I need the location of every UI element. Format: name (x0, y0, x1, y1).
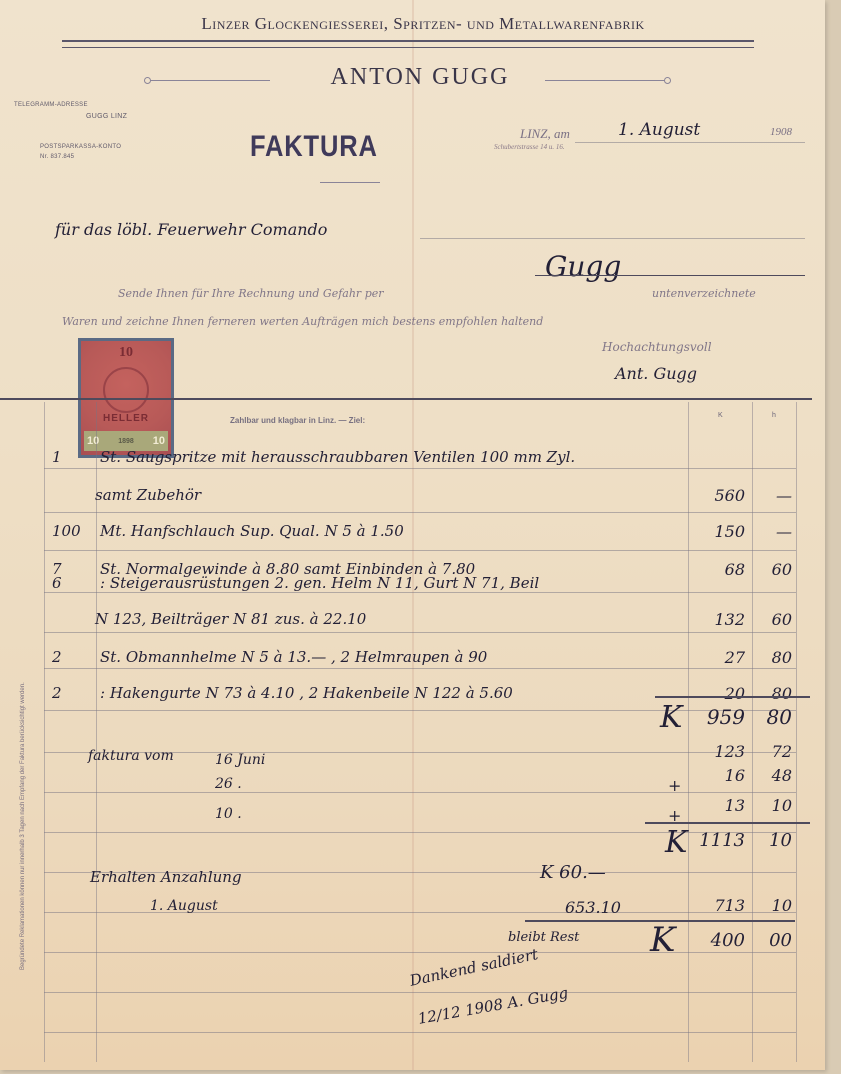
prior-invoice-date: 10 . (215, 806, 242, 822)
item-description: samt Zubehör (95, 486, 201, 504)
ornament-dot-right (664, 77, 671, 84)
ruled-line (44, 1032, 796, 1033)
sender-signature: Ant. Gugg (615, 364, 697, 383)
item-amount-k: 560 (690, 486, 745, 505)
company-line: Linzer Glockengiesserei, Spritzen- und M… (88, 14, 758, 34)
paid-date-signature: 12/12 1908 A. Gugg (416, 984, 569, 1028)
item-amount-k: 132 (690, 610, 745, 629)
item-amount-k: 68 (690, 560, 745, 579)
ruled-line (44, 632, 796, 633)
remaining-k: 400 (690, 930, 745, 951)
prior-invoice-h: 72 (752, 742, 792, 761)
title-ornament (320, 182, 380, 183)
item-qty: 2 (52, 684, 62, 702)
item-amount-k: 20 (690, 684, 745, 703)
total-k: 1113 (690, 830, 745, 851)
subtotal-currency: K (660, 700, 682, 735)
postsparkassa-label: POSTSPARKASSA-KONTO (40, 144, 121, 150)
ruled-line (44, 792, 796, 793)
item-qty: 6 (52, 574, 62, 592)
item-qty: 100 (52, 522, 81, 540)
currency-h-header: h (772, 412, 776, 419)
header-double-rule (62, 40, 754, 48)
item-amount-h: 60 (752, 610, 792, 629)
k-column-line (688, 402, 689, 1062)
ruled-line (44, 992, 796, 993)
intro-line-1b: untenverzeichnete (652, 287, 756, 300)
item-description: St. Saugspritze mit herausschraubbaren V… (100, 448, 575, 466)
firm-name: ANTON GUGG (280, 64, 560, 91)
item-description: N 123, Beilträger N 81 zus. à 22.10 (95, 610, 366, 628)
street-address: Schubertstrasse 14 u. 16. (494, 143, 565, 151)
payments-sum-k: 713 (690, 896, 745, 915)
intro-line-2: Waren und zeichne Ihnen ferneren werten … (62, 315, 543, 328)
invoice-date: 1. August (618, 120, 700, 140)
ornament-left (150, 80, 270, 81)
right-column-line (796, 402, 797, 1062)
subtotal-rule (655, 696, 810, 698)
item-amount-h: 60 (752, 560, 792, 579)
item-description: : Hakengurte N 73 à 4.10 , 2 Hakenbeile … (100, 684, 513, 702)
recipient-line-2 (535, 275, 805, 276)
payments-sum-h: 10 (752, 896, 792, 915)
total-currency: K (665, 825, 687, 860)
item-description: : Steigerausrüstungen 2. gen. Helm N 11,… (100, 574, 539, 592)
margin-line (44, 402, 45, 1062)
currency-k-header: K (718, 412, 723, 419)
item-amount-h: — (752, 486, 792, 505)
subtotal-k: 959 (690, 705, 745, 729)
stamp-unit: HELLER (81, 413, 171, 424)
prior-invoices-label: faktura vom (88, 748, 174, 764)
ruled-line (44, 592, 796, 593)
remaining-h: 00 (752, 930, 792, 951)
prior-invoice-h: 48 (752, 766, 792, 785)
ruled-line (44, 710, 796, 711)
item-amount-k: 150 (690, 522, 745, 541)
total-h: 10 (752, 830, 792, 851)
stamp-crest-icon (103, 367, 149, 413)
item-qty: 2 (52, 648, 62, 666)
prior-invoice-k: 16 (690, 766, 745, 785)
stamp-value: 10 (81, 345, 171, 361)
place-prefix: LINZ, am (520, 126, 570, 142)
stamp-year: 1898 (118, 438, 134, 445)
terms-header: Zahlbar und klagbar in Linz. — Ziel: (230, 416, 365, 425)
ornament-right (545, 80, 665, 81)
fold-crease (412, 0, 414, 1070)
payment-1: K 60.— (540, 862, 606, 883)
item-description: St. Obmannhelme N 5 à 13.— , 2 Helmraupe… (100, 648, 487, 666)
closing: Hochachtungsvoll (602, 340, 712, 354)
recipient-line (420, 238, 805, 239)
prior-invoice-date: 26 . (215, 776, 242, 792)
ruled-line (44, 952, 796, 953)
payment-2: 653.10 (565, 898, 621, 917)
ruled-line (44, 668, 796, 669)
payment-label: Erhalten Anzahlung (90, 868, 242, 886)
prior-invoice-k: 13 (690, 796, 745, 815)
prior-invoice-k: 123 (690, 742, 745, 761)
signature-mark: Gugg (545, 250, 621, 283)
item-amount-h: — (752, 522, 792, 541)
subtotal-h: 80 (752, 705, 792, 729)
item-amount-k: 27 (690, 648, 745, 667)
invoice-year: 1908 (770, 126, 792, 138)
postsparkassa-value: Nr. 837.845 (40, 154, 74, 160)
remaining-label: bleibt Rest (508, 930, 579, 945)
stamp-corner-right: 10 (153, 435, 165, 447)
stamp-corner-left: 10 (87, 435, 99, 447)
ruled-line (44, 550, 796, 551)
table-top-rule (0, 398, 812, 400)
prior-invoice-date: 16 Juni (215, 752, 265, 768)
recipient: für das löbl. Feuerwehr Comando (55, 220, 327, 239)
payment-date: 1. August (150, 898, 218, 914)
ornament-dot-left (144, 77, 151, 84)
total-rule (645, 822, 810, 824)
intro-line-1a: Sende Ihnen für Ihre Rechnung und Gefahr… (118, 287, 384, 300)
prior-invoice-h: 10 (752, 796, 792, 815)
item-qty: 1 (52, 448, 62, 466)
item-amount-h: 80 (752, 684, 792, 703)
ruled-line (44, 512, 796, 513)
reclamation-note: Begründete Reklamationen können nur inne… (20, 682, 26, 970)
item-amount-h: 80 (752, 648, 792, 667)
ruled-line (44, 468, 796, 469)
telegram-label: TELEGRAMM-ADRESSE (14, 102, 88, 108)
document-title: FAKTURA (250, 130, 378, 164)
telegram-value: GUGG LINZ (86, 113, 127, 120)
plus-mark-icon: + (668, 776, 681, 795)
date-line (575, 142, 805, 143)
remaining-currency: K (650, 920, 675, 960)
item-description: Mt. Hanfschlauch Sup. Qual. N 5 à 1.50 (100, 522, 404, 540)
invoice-sheet: Linzer Glockengiesserei, Spritzen- und M… (0, 0, 825, 1070)
